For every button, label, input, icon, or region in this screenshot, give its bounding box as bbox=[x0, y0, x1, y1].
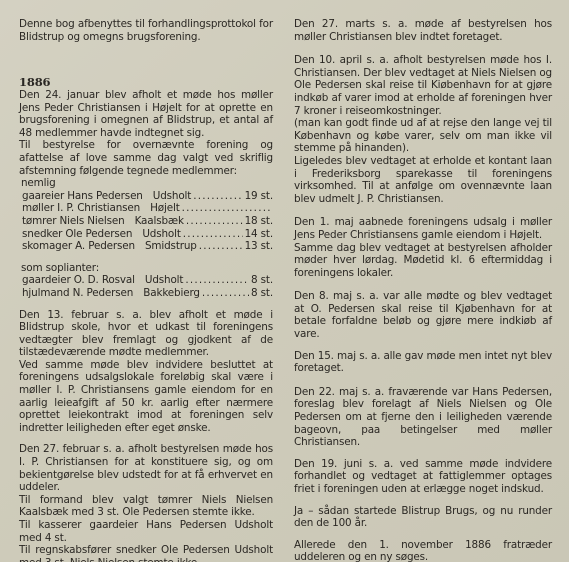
member-place: Udsholt bbox=[142, 228, 180, 241]
member-place: Udsholt bbox=[153, 190, 191, 203]
supplement-place: Bakkebierg bbox=[143, 287, 200, 300]
paragraph-founding-meeting: Den 24. januar blev afholt et møde hos m… bbox=[19, 89, 273, 139]
members-list: gaareier Hans Pedersen Udsholt 19 st. mø… bbox=[19, 190, 273, 253]
paragraph-treasurer: Til kasserer gaardeier Hans Pedersen Uds… bbox=[19, 519, 273, 544]
member-row: skomager A. Pedersen Smidstrup 13 st. bbox=[22, 240, 273, 253]
intro-text: Denne bog afbenyttes til forhandlingspro… bbox=[19, 18, 273, 43]
leader-dots bbox=[202, 287, 249, 300]
paragraph-feb27: Den 27. februar s. a. afholt bestyrelsen… bbox=[19, 443, 273, 493]
member-place: Smidstrup bbox=[145, 240, 197, 253]
label-supplements: som soplianter: bbox=[19, 262, 273, 275]
member-row: snedker Ole Pedersen Udsholt 14 st. bbox=[22, 228, 273, 241]
member-place: Kaalsbæk bbox=[135, 215, 184, 228]
member-name: snedker Ole Pedersen bbox=[22, 228, 132, 241]
paragraph-may22: Den 22. maj s. a. fraværende var Hans Pe… bbox=[294, 386, 552, 449]
member-place: Højelt bbox=[150, 202, 180, 215]
member-row: gaareier Hans Pedersen Udsholt 19 st. bbox=[22, 190, 273, 203]
left-column: Denne bog afbenyttes til forhandlingspro… bbox=[0, 0, 273, 562]
document-page: Denne bog afbenyttes til forhandlingspro… bbox=[0, 0, 569, 562]
supplement-place: Udsholt bbox=[145, 274, 183, 287]
member-votes: 14 st. bbox=[245, 228, 273, 241]
supplement-name: hjulmand N. Pedersen bbox=[22, 287, 133, 300]
paragraph-feb13: Den 13. februar s. a. blev afholt et mød… bbox=[19, 309, 273, 359]
paragraph-board-election: Til bestyrelse for overnævnte forening o… bbox=[19, 139, 273, 177]
member-row: møller I. P. Christiansen Højelt bbox=[22, 202, 273, 215]
section-founding: Den 24. januar blev afholt et møde hos m… bbox=[19, 89, 273, 562]
supplement-name: gaardeier O. D. Rosval bbox=[22, 274, 135, 287]
paragraph-chairman: Til formand blev valgt tømrer Niels Niel… bbox=[19, 494, 273, 519]
leader-dots bbox=[186, 215, 243, 228]
leader-dots bbox=[185, 274, 249, 287]
paragraph-meetings: Samme dag blev vedtaget at bestyrelsen a… bbox=[294, 242, 552, 280]
label-nemlig: nemlig bbox=[19, 177, 273, 190]
member-votes: 18 st. bbox=[245, 215, 273, 228]
supplement-votes: 8 st. bbox=[251, 287, 273, 300]
supplement-row: hjulmand N. Pedersen Bakkebierg 8 st. bbox=[22, 287, 273, 300]
member-name: skomager A. Pedersen bbox=[22, 240, 135, 253]
supplement-row: gaardeier O. D. Rosval Udsholt 8 st. bbox=[22, 274, 273, 287]
paragraph-sales-premises: Ved samme møde blev indvidere besluttet … bbox=[19, 359, 273, 435]
leader-dots bbox=[199, 240, 243, 253]
supplement-votes: 8 st. bbox=[251, 274, 273, 287]
member-name: tømrer Niels Nielsen bbox=[22, 215, 125, 228]
paragraph-jun19: Den 19. juni s. a. ved samme møde indvid… bbox=[294, 458, 552, 496]
paragraph-accountant: Til regnskabsfører snedker Ole Pedersen … bbox=[19, 544, 273, 562]
leader-dots bbox=[193, 190, 242, 203]
supplements-list: gaardeier O. D. Rosval Udsholt 8 st. hju… bbox=[19, 274, 273, 299]
paragraph-may1: Den 1. maj aabnede foreningens udsalg i … bbox=[294, 216, 552, 241]
member-row: tømrer Niels Nielsen Kaalsbæk 18 st. bbox=[22, 215, 273, 228]
paragraph-may8: Den 8. maj s. a. var alle mødte og blev … bbox=[294, 290, 552, 340]
paragraph-apr10: Den 10. april s. a. afholt bestyrelsen m… bbox=[294, 54, 552, 117]
paragraph-nov1: Allerede den 1. november 1886 fratræder … bbox=[294, 539, 552, 562]
member-votes: 13 st. bbox=[245, 240, 273, 253]
paragraph-may15: Den 15. maj s. a. alle gav møde men inte… bbox=[294, 350, 552, 375]
leader-dots bbox=[182, 202, 271, 215]
member-name: møller I. P. Christiansen bbox=[22, 202, 140, 215]
member-votes: 19 st. bbox=[245, 190, 273, 203]
paragraph-mar27: Den 27. marts s. a. møde af bestyrelsen … bbox=[294, 18, 552, 43]
section-spring: Den 27. marts s. a. møde af bestyrelsen … bbox=[294, 18, 552, 562]
paragraph-centenary: Ja – sådan startede Blistrup Brugs, og n… bbox=[294, 505, 552, 530]
leader-dots bbox=[183, 228, 243, 241]
member-name: gaareier Hans Pedersen bbox=[22, 190, 143, 203]
paragraph-loan: Ligeledes blev vedtaget at erholde et ko… bbox=[294, 155, 552, 205]
paragraph-aside: (man kan godt finde ud af at rejse den l… bbox=[294, 117, 552, 155]
year-heading: 1886 bbox=[19, 76, 50, 89]
